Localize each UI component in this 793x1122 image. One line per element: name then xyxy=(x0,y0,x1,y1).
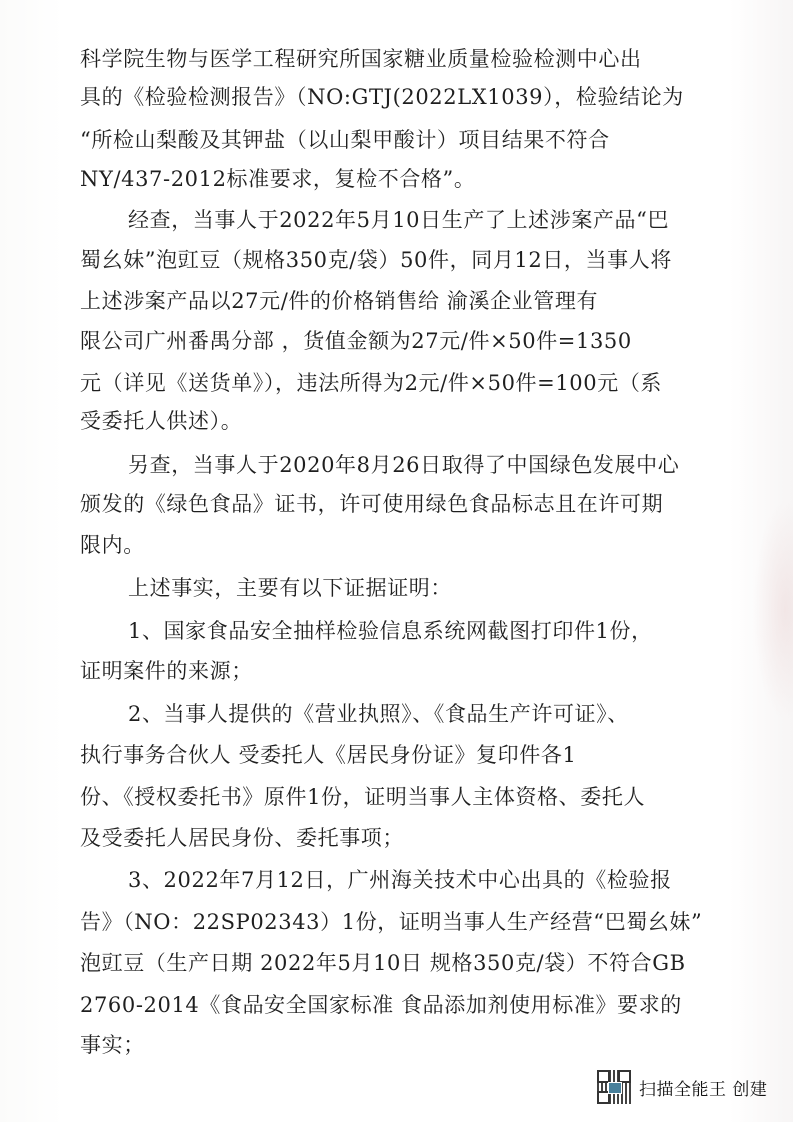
text-line: 限内。 xyxy=(80,531,145,559)
scan-stain xyxy=(753,500,793,720)
text-line: NY/437-2012标准要求，复检不合格”。 xyxy=(80,165,475,193)
text-line: 蜀幺妹”泡豇豆（规格350克/袋）50件，同月12日，当事人将 xyxy=(80,246,672,274)
text-line: 经查，当事人于2022年5月10日生产了上述涉案产品“巴 xyxy=(128,206,669,234)
text-line: “所检山梨酸及其钾盐（以山梨甲酸计）项目结果不符合 xyxy=(80,126,610,154)
text-line: 上述事实，主要有以下证据证明： xyxy=(128,574,452,602)
text-line: 限公司广州番禺分部 ，货值金额为27元/件×50件=1350 xyxy=(80,327,632,355)
watermark-label: 扫描全能王 创建 xyxy=(639,1075,767,1100)
text-line: 2、当事人提供的《营业执照》、《食品生产许可证》、 xyxy=(128,700,629,728)
text-line: 事实； xyxy=(80,1031,145,1059)
text-line: 科学院生物与医学工程研究所国家糖业质量检验检测中心出 xyxy=(80,45,642,73)
text-line: 份、《授权委托书》原件1份，证明当事人主体资格、委托人 xyxy=(80,783,645,811)
text-line: 2760-2014《食品安全国家标准 食品添加剂使用标准》要求的 xyxy=(80,991,682,1019)
text-line: 受委托人供述）。 xyxy=(80,407,242,435)
text-line: 执行事务合伙人 受委托人《居民身份证》复印件各1 xyxy=(80,741,576,769)
scanner-watermark: 扫描全能王 创建 xyxy=(597,1070,767,1104)
text-line: 3、2022年7月12日，广州海关技术中心出具的《检验报 xyxy=(128,866,672,894)
text-line: 上述涉案产品以27元/件的价格销售给 渝溪企业管理有 xyxy=(80,287,598,315)
text-line: 泡豇豆（生产日期 2022年5月10日 规格350克/袋）不符合GB xyxy=(80,949,686,977)
text-line: 具的《检验检测报告》（NO:GTJ(2022LX1039），检验结论为 xyxy=(80,83,684,111)
text-line: 1、国家食品安全抽样检验信息系统网截图打印件1份， xyxy=(128,617,653,645)
text-line: 颁发的《绿色食品》证书，许可使用绿色食品标志且在许可期 xyxy=(80,490,663,518)
qr-code-icon xyxy=(597,1070,631,1104)
text-line: 另查，当事人于2020年8月26日取得了中国绿色发展中心 xyxy=(128,451,679,479)
document-page: 科学院生物与医学工程研究所国家糖业质量检验检测中心出 具的《检验检测报告》（NO… xyxy=(0,0,793,1122)
text-line: 元（详见《送货单》），违法所得为2元/件×50件=100元（系 xyxy=(80,369,662,397)
text-line: 及受委托人居民身份、委托事项； xyxy=(80,824,404,852)
text-line: 告》（NO：22SP02343）1份，证明当事人生产经营“巴蜀幺妹” xyxy=(80,908,702,936)
text-line: 证明案件的来源； xyxy=(80,657,253,685)
